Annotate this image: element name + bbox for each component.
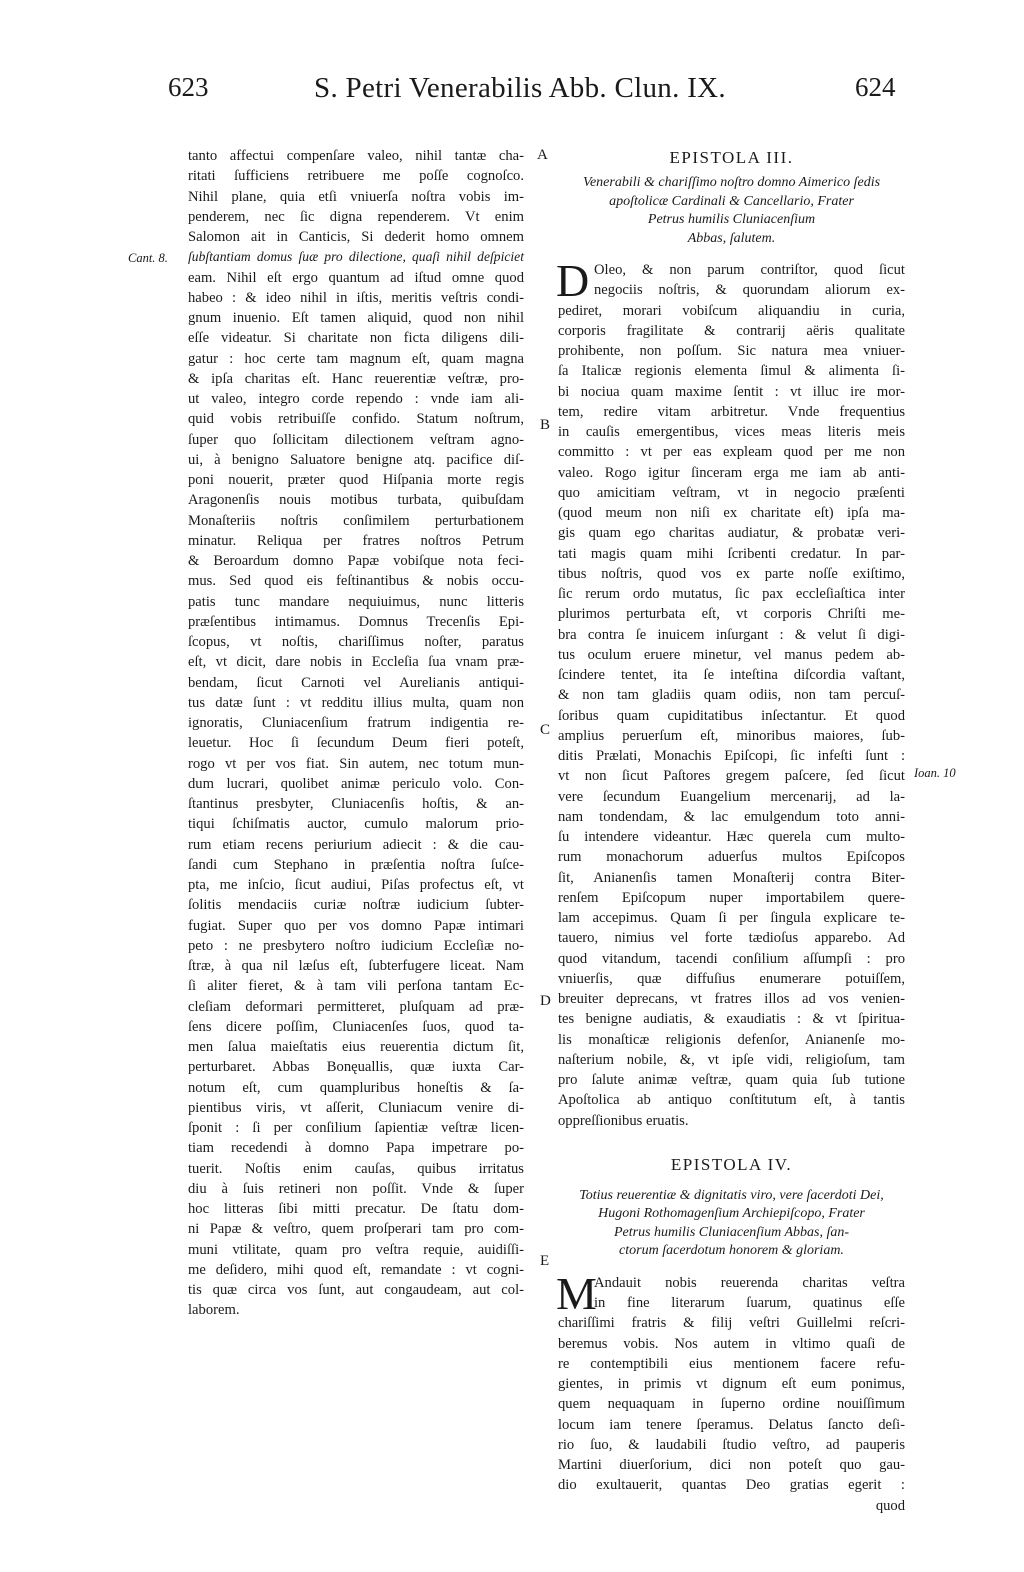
text-line: lis monaſticæ religionis defenſor, Anian… <box>558 1030 905 1050</box>
text-line: minatur. Reliqua per fratres noſtros Pet… <box>188 531 524 551</box>
text-line: vt non ſicut Paſtores gregem paſcere, ſe… <box>558 766 905 786</box>
section-marker-e: E <box>540 1253 549 1270</box>
text-line: men ſalua maieſtatis eius reuerentia dic… <box>188 1037 524 1057</box>
text-line: (quod meum non niſi ex charitate eſt) ip… <box>558 503 905 523</box>
address-line: Abbas, ſalutem. <box>558 230 905 249</box>
text-line: notum eſt, cum quampluribus honeſtis & ſ… <box>188 1078 524 1098</box>
text-line: beremus vobis. Nos autem in vltimo quaſi… <box>558 1334 905 1354</box>
text-line: plurimos perturbata eſt, vt corporis Chr… <box>558 604 905 624</box>
text-line: rum monachorum aduerſus multos Epiſcopos <box>558 847 905 867</box>
epistola-3-body: D Oleo, & non parum contriſtor, quod ſic… <box>558 260 905 1131</box>
text-line: penderem, nec ſic digna rependerem. Vt e… <box>188 207 524 227</box>
drop-cap: M <box>556 1274 597 1314</box>
text-line: hoc litteras ſibi mitti precatur. De ſta… <box>188 1199 524 1219</box>
text-line: oppreſſionibus eruatis. <box>558 1111 905 1131</box>
text-line: ſtantinus presbyter, Cluniacenſis hoſtis… <box>188 794 524 814</box>
text-line: laborem. <box>188 1300 524 1320</box>
text-line: re contemptibili eius mentionem facere r… <box>558 1354 905 1374</box>
text-line: gnum inuenio. Eſt tamen aliquid, quod no… <box>188 308 524 328</box>
text-line: tiqui ſchiſmatis auctor, cumulo malorum … <box>188 814 524 834</box>
text-line: rogo vt per vos fiat. Sin autem, nec tot… <box>188 754 524 774</box>
text-line: habeo : & ideo nihil in iſtis, meritis v… <box>188 288 524 308</box>
running-header: 623 S. Petri Venerabilis Abb. Clun. IX. … <box>0 72 1024 112</box>
drop-cap: D <box>556 261 589 301</box>
text-line: ſcopus, vt noſtis, chariſſimus noſter, p… <box>188 632 524 652</box>
text-line: Oleo, & non parum contriſtor, quod ſicut <box>558 260 905 280</box>
text-line: mus. Sed quod eis feſtinantibus & nobis … <box>188 571 524 591</box>
text-line: leuetur. Hoc ſi ſecundum Deum fieri pote… <box>188 733 524 753</box>
text-line: locum iam tenere ſperamus. Delatus ſanct… <box>558 1415 905 1435</box>
text-line: dio exultauerit, quantas Deo gratias ege… <box>558 1475 905 1495</box>
text-line: Nihil plane, quia etſi vniuerſa noſtra v… <box>188 187 524 207</box>
text-line: gis quam ego charitas audiatur, & probat… <box>558 523 905 543</box>
text-line: amplius peruerſum eſt, minoribus maiores… <box>558 726 905 746</box>
text-line: ut valeo, integro corde rependo : vnde i… <box>188 389 524 409</box>
text-line: quem nequaquam in ſuperno ordine nouiſſi… <box>558 1394 905 1414</box>
text-line: vniuerſis, quæ diffuſius enumerare potui… <box>558 969 905 989</box>
text-line: tuerit. Noſtis enim cauſas, quibus irrit… <box>188 1159 524 1179</box>
text-line: prohibente, non poſſum. Sic natura mea v… <box>558 341 905 361</box>
text-line: pediret, morari vobiſcum aliquandiu in c… <box>558 301 905 321</box>
text-line: tanto affectui compenſare valeo, nihil t… <box>188 146 524 166</box>
text-line: tati magis quam mihi ſcribenti credatur.… <box>558 544 905 564</box>
text-line: ni Papæ & veſtro, quem proſperari tam pr… <box>188 1219 524 1239</box>
text-line: quod vitandum, tacendi conſilium aſſumpſ… <box>558 949 905 969</box>
text-line: eam. Nihil eſt ergo quantum ad iſtud omn… <box>188 268 524 288</box>
section-marker-d: D <box>540 993 551 1010</box>
text-line: fugiat. Super quo per vos domno Papæ int… <box>188 916 524 936</box>
text-line: patis tunc mandare nequiuimus, nunc litt… <box>188 592 524 612</box>
text-line: Monaſteriis noſtris conſimilem perturbat… <box>188 511 524 531</box>
text-line: valeo. Rogo igitur ſinceram erga me iam … <box>558 463 905 483</box>
text-line: & non tam gladiis quam odiis, non tam pe… <box>558 685 905 705</box>
page-number-left: 623 <box>168 72 209 103</box>
text-line: ui, à benigno Saluatore benigne atq. pac… <box>188 450 524 470</box>
section-marker-b: B <box>540 417 550 434</box>
text-line: tem, redire vitam arbitretur. Vnde frequ… <box>558 402 905 422</box>
text-line: tus datæ ſunt : vt redditu illius multa,… <box>188 693 524 713</box>
text-line: ſit, Anianenſis tamen Monaſterij contra … <box>558 868 905 888</box>
text-line: cleſiam deformari permitteret, pluſquam … <box>188 997 524 1017</box>
text-line: dum lucrari, quolibet animæ periculo vol… <box>188 774 524 794</box>
epistola-3-title: EPISTOLA III. <box>558 146 905 170</box>
text-line: pta, me inſcio, ſicut audiui, Piſas prof… <box>188 875 524 895</box>
text-line: Aragonenſis nouis motibus turbata, quibu… <box>188 490 524 510</box>
text-line: ſic rerum ordo mutatus, ſic pax eccleſia… <box>558 584 905 604</box>
text-line: ritati ſufficiens retribuere me poſſe co… <box>188 166 524 186</box>
text-line: rum etiam recens periurium adiecit : & d… <box>188 835 524 855</box>
text-line: tiam recedendi à domno Papa impetrare po… <box>188 1138 524 1158</box>
epistola-4-body: M Andauit nobis reuerenda charitas veſtr… <box>558 1273 905 1516</box>
address-line: Totius reuerentiæ & dignitatis viro, ver… <box>558 1187 905 1206</box>
text-line: committo : vt per eas expleam quod per m… <box>558 442 905 462</box>
text-line: vere ſecundum Euangelium mercenarij, ad … <box>558 787 905 807</box>
text-line: tes benigne audiatis, & exaudiatis : & v… <box>558 1009 905 1029</box>
text-line: ignoratis, Cluniacenſium fratrum indigen… <box>188 713 524 733</box>
text-line: perturbaret. Abbas Bonęuallis, quæ iuxta… <box>188 1057 524 1077</box>
text-line: ſu intendere videantur. Hæc querela cum … <box>558 827 905 847</box>
text-line: ſi aliter fieret, & à tam vili perſona t… <box>188 976 524 996</box>
text-line: bendam, ſicut Carnoti vel Aurelianis ant… <box>188 673 524 693</box>
text-line: rio ſuo, & laudabili ſtudio veſtro, ad p… <box>558 1435 905 1455</box>
text-line: Apoſtolica ab antiquo conſtitutum eſt, à… <box>558 1090 905 1110</box>
text-line: ſens dicere poſſim, Cluniacenſes ſuos, q… <box>188 1017 524 1037</box>
text-line: ditis Prælati, Monachis Epiſcopi, ſic in… <box>558 746 905 766</box>
text-line: Salomon ait in Canticis, Si dederit homo… <box>188 227 524 247</box>
margin-note-cant: Cant. 8. <box>128 251 168 266</box>
text-line: tis quæ circa vos ſunt, aut congaudeam, … <box>188 1280 524 1300</box>
text-line: renſem Epiſcopum nuper importabilem quer… <box>558 888 905 908</box>
text-line: tus oculum eruere minetur, vel manus ped… <box>558 645 905 665</box>
address-line: Petrus humilis Cluniacenſium Abbas, ſan- <box>558 1224 905 1243</box>
text-line: ſoribus quam cupiditatibus inſectantur. … <box>558 706 905 726</box>
address-line: Venerabili & chariſſimo noſtro domno Aim… <box>558 174 905 193</box>
text-line: pientibus viris, vt aſſerit, Cluniacum v… <box>188 1098 524 1118</box>
text-line: negociis noſtris, & quorundam aliorum ex… <box>558 280 905 300</box>
text-line: breuiter deprecans, vt fratres illos ad … <box>558 989 905 1009</box>
text-line: ſponit : ſi per conſilium ſapientiæ veſt… <box>188 1118 524 1138</box>
text-line: ſcindere tentet, ita ſe inteſtina diſcor… <box>558 665 905 685</box>
text-line: lam accepimus. Quam ſi per ſingula expli… <box>558 908 905 928</box>
margin-note-ioan: Ioan. 10 <box>914 766 956 781</box>
text-line: muni vtilitate, quam pro veſtra requie, … <box>188 1240 524 1260</box>
text-line: nam tondendam, & lac emulgendum toto ann… <box>558 807 905 827</box>
epistola-4-title: EPISTOLA IV. <box>558 1153 905 1177</box>
text-line: in fine literarum ſuarum, quatinus eſſe <box>558 1293 905 1313</box>
text-line: quo amicitiam veſtram, vt in negocio præ… <box>558 483 905 503</box>
text-line: poni nouerit, præter quod Hiſpania morte… <box>188 470 524 490</box>
text-line: eſſe videatur. Si charitate non ficta di… <box>188 328 524 348</box>
text-line: corporis fragilitate & contrarij aëris q… <box>558 321 905 341</box>
catchword: quod <box>558 1496 905 1516</box>
text-line: gatur : hoc certe tam magnum eſt, quam m… <box>188 349 524 369</box>
address-line: ctorum ſacerdotum honorem & gloriam. <box>558 1242 905 1261</box>
text-line: tibus noſtris, quod vos ex parte noſſe e… <box>558 564 905 584</box>
text-line: gientes, in primis vt dignum eſt eum pon… <box>558 1374 905 1394</box>
text-line: eſt, vt dicit, dare nobis in Eccleſia ſu… <box>188 652 524 672</box>
text-line: & Beroardum domno Papæ vobiſque nota fec… <box>188 551 524 571</box>
epistola-4-address: Totius reuerentiæ & dignitatis viro, ver… <box>558 1187 905 1261</box>
left-column: tanto affectui compenſare valeo, nihil t… <box>188 146 524 1321</box>
text-line: peto : ne presbytero noſtro iudicium Ecc… <box>188 936 524 956</box>
text-line: præſentibus intimamus. Domnus Trecenſis … <box>188 612 524 632</box>
text-line: ſolitis mendaciis curiæ noſtræ iudicium … <box>188 895 524 915</box>
address-line: Hugoni Rothomagenſium Archiepiſcopo, Fra… <box>558 1205 905 1224</box>
quotation-line: ſubſtantiam domus ſuæ pro dilectione, qu… <box>188 247 524 267</box>
section-marker-c: C <box>540 722 550 739</box>
text-line: ſandi cum Stephano in præſentia noſtra ſ… <box>188 855 524 875</box>
page-number-right: 624 <box>855 72 896 103</box>
text-line: naſterium nobile, &, vt ipſe vidi, relig… <box>558 1050 905 1070</box>
text-line: in cauſis emergentibus, vices meas liter… <box>558 422 905 442</box>
text-line: Martini diuerſorium, dici non poteſt quo… <box>558 1455 905 1475</box>
text-line: chariſſimi fratris & filij veſtri Guille… <box>558 1313 905 1333</box>
running-title: S. Petri Venerabilis Abb. Clun. IX. <box>260 72 780 105</box>
text-line: ſa Italicæ regionis elementa ſimul & ali… <box>558 361 905 381</box>
text-line: me deſidero, mihi quod eſt, remandate : … <box>188 1260 524 1280</box>
right-column: EPISTOLA III. Venerabili & chariſſimo no… <box>558 146 905 1516</box>
text-line: quid vobis retribuiſſe confido. Statum n… <box>188 409 524 429</box>
text-line: pro ſalute animæ veſtræ, quam quia ſub t… <box>558 1070 905 1090</box>
epistola-3-address: Venerabili & chariſſimo noſtro domno Aim… <box>558 174 905 248</box>
text-line: tauero, nimius vel forte tædioſus appare… <box>558 928 905 948</box>
text-line: Andauit nobis reuerenda charitas veſtra <box>558 1273 905 1293</box>
text-line: & ipſa charitas eſt. Hanc reuerentiæ veſ… <box>188 369 524 389</box>
address-line: apoſtolicæ Cardinali & Cancellario, Frat… <box>558 193 905 212</box>
text-line: ſtræ, à qua nil læſus eſt, ſubterfugere … <box>188 956 524 976</box>
text-line: bra contra ſe inuicem inſurgant : & velu… <box>558 625 905 645</box>
address-line: Petrus humilis Cluniacenſium <box>558 211 905 230</box>
section-marker-a: A <box>537 147 548 164</box>
text-line: ſuper quo ſollicitam dilectionem veſtram… <box>188 430 524 450</box>
text-line: bi nociua quam maxime ſentit : vt illuc … <box>558 382 905 402</box>
text-line: diu à ſuis retineri non poſſit. Vnde & ſ… <box>188 1179 524 1199</box>
